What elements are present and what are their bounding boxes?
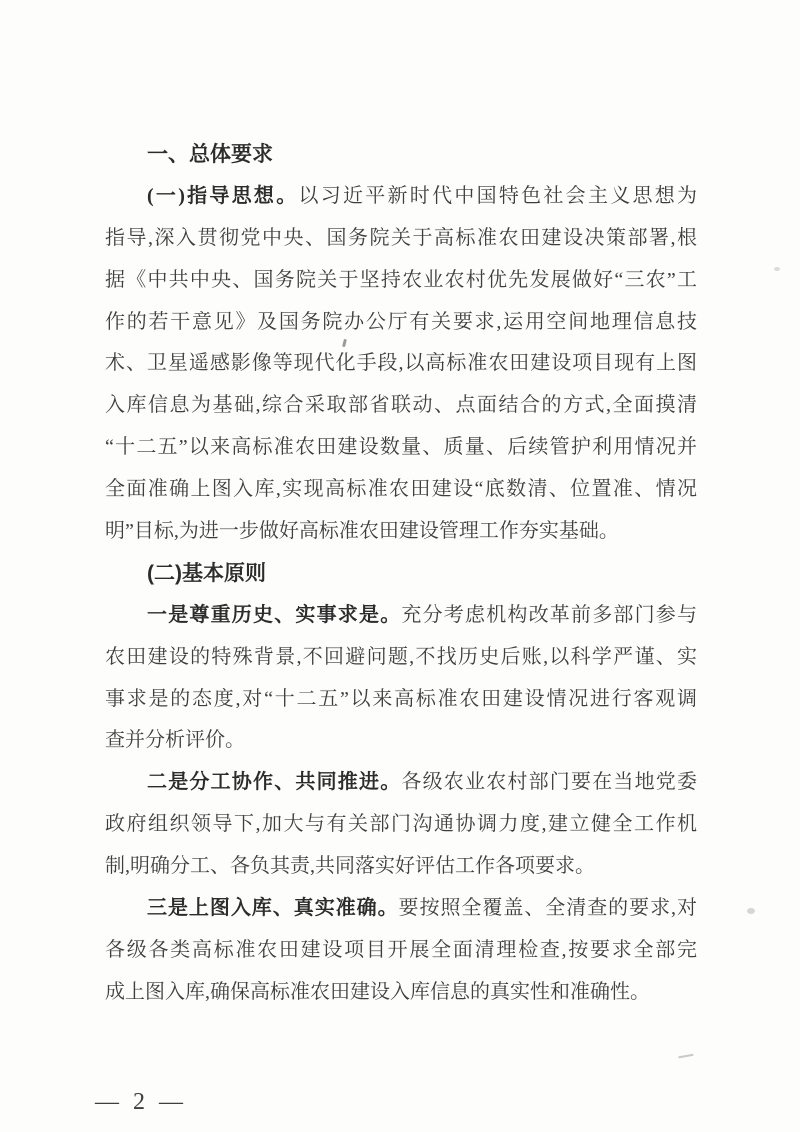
line-text: 全面准确上图入库,实现高标准农田建设“底数清、位置准、情况 bbox=[105, 478, 697, 500]
line-text: “十二五”以来高标准农田建设数量、质量、后续管护利用情况并 bbox=[105, 436, 697, 458]
text-line: 二是分工协作、共同推进。各级农业农村部门要在当地党委 bbox=[105, 762, 697, 804]
line-text: 事求是的态度,对“十二五”以来高标准农田建设情况进行客观调 bbox=[105, 688, 697, 710]
text-line: 制,明确分工、各负其责,共同落实好评估工作各项要求。 bbox=[105, 846, 697, 888]
line-text: 要按照全覆盖、全清查的要求,对 bbox=[399, 897, 697, 919]
bold-lead-in: (二)基本原则 bbox=[147, 562, 266, 585]
line-text: 充分考虑机构改革前多部门参与 bbox=[401, 604, 697, 626]
line-text: 各级农业农村部门要在当地党委 bbox=[401, 771, 697, 793]
text-line: 政府组织领导下,加大与有关部门沟通协调力度,建立健全工作机 bbox=[105, 804, 697, 846]
line-text: 入库信息为基础,综合采取部省联动、点面结合的方式,全面摸清 bbox=[105, 394, 697, 416]
heading-line: 一、总体要求 bbox=[105, 134, 697, 176]
text-line: 明”目标,为进一步做好高标准农田建设管理工作夯实基础。 bbox=[105, 511, 697, 553]
line-text: 各级各类高标准农田建设项目开展全面清理检查,按要求全部完 bbox=[105, 939, 697, 961]
text-line: 农田建设的特殊背景,不回避问题,不找历史后账,以科学严谨、实 bbox=[105, 637, 697, 679]
text-line: 全面准确上图入库,实现高标准农田建设“底数清、位置准、情况 bbox=[105, 469, 697, 511]
text-line: “十二五”以来高标准农田建设数量、质量、后续管护利用情况并 bbox=[105, 427, 697, 469]
text-line: 成上图入库,确保高标准农田建设入库信息的真实性和准确性。 bbox=[105, 972, 697, 1014]
text-line: (一)指导思想。以习近平新时代中国特色社会主义思想为 bbox=[105, 176, 697, 218]
line-text: 农田建设的特殊背景,不回避问题,不找历史后账,以科学严谨、实 bbox=[105, 646, 697, 668]
bold-lead-in: 一是尊重历史、实事求是。 bbox=[147, 604, 401, 626]
text-line: 术、卫星遥感影像等现代化手段,以高标准农田建设项目现有上图 bbox=[105, 343, 697, 385]
bold-lead-in: 三是上图入库、真实准确。 bbox=[147, 897, 399, 919]
text-line: 一是尊重历史、实事求是。充分考虑机构改革前多部门参与 bbox=[105, 595, 697, 637]
line-text: 作的若干意见》及国务院办公厅有关要求,运用空间地理信息技 bbox=[105, 311, 697, 333]
scan-artifact bbox=[747, 908, 755, 914]
scan-artifact bbox=[678, 1054, 694, 1065]
document-body: 一、总体要求(一)指导思想。以习近平新时代中国特色社会主义思想为指导,深入贯彻党… bbox=[105, 134, 697, 1014]
scan-artifact bbox=[774, 267, 780, 271]
text-line: 作的若干意见》及国务院办公厅有关要求,运用空间地理信息技 bbox=[105, 302, 697, 344]
line-text: 成上图入库,确保高标准农田建设入库信息的真实性和准确性。 bbox=[105, 981, 650, 1003]
bold-lead-in: (一)指导思想。 bbox=[147, 185, 298, 207]
line-text: 据《中共中央、国务院关于坚持农业农村优先发展做好“三农”工 bbox=[105, 269, 697, 291]
line-text: 以习近平新时代中国特色社会主义思想为 bbox=[298, 185, 697, 207]
text-line: 指导,深入贯彻党中央、国务院关于高标准农田建设决策部署,根 bbox=[105, 218, 697, 260]
text-line: 查并分析评价。 bbox=[105, 720, 697, 762]
heading-line: (二)基本原则 bbox=[105, 553, 697, 595]
text-line: 三是上图入库、真实准确。要按照全覆盖、全清查的要求,对 bbox=[105, 888, 697, 930]
line-text: 明”目标,为进一步做好高标准农田建设管理工作夯实基础。 bbox=[105, 520, 619, 542]
line-text: 查并分析评价。 bbox=[105, 729, 245, 751]
page-number: — 2 — bbox=[95, 1089, 187, 1116]
line-text: 政府组织领导下,加大与有关部门沟通协调力度,建立健全工作机 bbox=[105, 813, 697, 835]
text-line: 各级各类高标准农田建设项目开展全面清理检查,按要求全部完 bbox=[105, 930, 697, 972]
line-text: 术、卫星遥感影像等现代化手段,以高标准农田建设项目现有上图 bbox=[105, 352, 697, 374]
line-text: 指导,深入贯彻党中央、国务院关于高标准农田建设决策部署,根 bbox=[105, 227, 697, 249]
text-line: 入库信息为基础,综合采取部省联动、点面结合的方式,全面摸清 bbox=[105, 385, 697, 427]
text-line: 事求是的态度,对“十二五”以来高标准农田建设情况进行客观调 bbox=[105, 679, 697, 721]
bold-lead-in: 二是分工协作、共同推进。 bbox=[147, 771, 401, 793]
text-line: 据《中共中央、国务院关于坚持农业农村优先发展做好“三农”工 bbox=[105, 260, 697, 302]
line-text: 制,明确分工、各负其责,共同落实好评估工作各项要求。 bbox=[105, 855, 595, 877]
bold-lead-in: 一、总体要求 bbox=[147, 143, 273, 166]
document-page: 一、总体要求(一)指导思想。以习近平新时代中国特色社会主义思想为指导,深入贯彻党… bbox=[0, 0, 800, 1132]
